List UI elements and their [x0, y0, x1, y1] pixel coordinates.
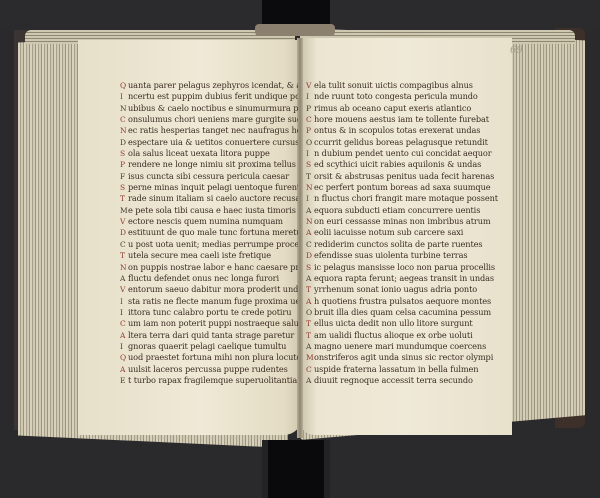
line-text: sta ratis ne flecte manum fuge proxima u…: [128, 296, 298, 307]
line-text: onstriferos agit unda sinus sic rector o…: [314, 352, 502, 363]
text-line: Ignoras quaerit pelagi caelique tumultu: [120, 341, 298, 352]
initial-letter: P: [306, 125, 314, 136]
text-line: Monstriferos agit unda sinus sic rector …: [306, 352, 502, 363]
text-line: Cuspide fraterna lassatum in bella fulme…: [306, 364, 502, 375]
initial-letter: E: [120, 375, 128, 386]
line-text: diuuit regnoque accessit terra secundo: [314, 375, 502, 386]
text-line: Cu post uota uenit; medias perrumpe proc…: [120, 239, 298, 250]
initial-letter: I: [306, 148, 314, 159]
text-line: Ventorum saeuo dabitur mora proderit und…: [120, 284, 298, 295]
initial-letter: T: [306, 171, 314, 182]
text-line: Sola salus liceat uexata litora puppe: [120, 148, 298, 159]
text-line: Despectare uia & uetitos conuertere curs…: [120, 137, 298, 148]
text-line: Sic pelagus mansisse loco non parua proc…: [306, 262, 502, 273]
line-text: efendisse suas uiolenta turbine terras: [314, 250, 502, 261]
line-text: on euri cessasse minas non imbribus atru…: [314, 216, 502, 227]
text-line: Vela tulit sonuit uictis compagibus alnu…: [306, 80, 502, 91]
text-line: Obruit illa dies quam celsa cacumina pes…: [306, 307, 502, 318]
text-line: Me pete sola tibi causa e haec iusta tim…: [120, 205, 298, 216]
line-text: eolii iacuisse notum sub carcere saxi: [314, 227, 502, 238]
text-line: Amagno uenere mari mundumque coercens: [306, 341, 502, 352]
line-text: on puppis nostrae labor e hanc caesare p…: [128, 262, 298, 273]
initial-letter: D: [120, 137, 128, 148]
initial-letter: A: [306, 375, 314, 386]
line-text: gnoras quaerit pelagi caelique tumultu: [128, 341, 298, 352]
folio-number: 69: [510, 45, 523, 56]
text-line: Destituunt de quo male tunc fortuna mere…: [120, 227, 298, 238]
line-text: ellus uicta dedit non ullo litore surgun…: [314, 318, 502, 329]
line-text: n fluctus chori frangit mare motaque pos…: [314, 193, 502, 204]
text-line: In dubium pendet uento cui concidat aequ…: [306, 148, 502, 159]
line-text: nde ruunt toto congesta pericula mundo: [314, 91, 502, 102]
text-line: Primus ab oceano caput exeris atlantico: [306, 103, 502, 114]
initial-letter: C: [120, 114, 128, 125]
line-text: ectore nescis quem numina numquam: [128, 216, 298, 227]
initial-letter: T: [306, 284, 314, 295]
line-text: uulsit laceros percussa puppe rudentes: [128, 364, 298, 375]
text-line: Auulsit laceros percussa puppe rudentes: [120, 364, 298, 375]
line-text: ela tulit sonuit uictis compagibus alnus: [314, 80, 502, 91]
initial-letter: N: [306, 216, 314, 227]
initial-letter: S: [306, 262, 314, 273]
line-text: n dubium pendet uento cui concidat aequo…: [314, 148, 502, 159]
initial-letter: C: [306, 239, 314, 250]
initial-letter: C: [120, 239, 128, 250]
initial-letter: V: [120, 284, 128, 295]
initial-letter: S: [306, 159, 314, 170]
line-text: um iam non poterit puppi nostraeque salu…: [128, 318, 298, 329]
line-text: ittora tunc calabro portu te crede potir…: [128, 307, 298, 318]
text-line: Pontus & in scopulos totas erexerat unda…: [306, 125, 502, 136]
line-text: ubibus & caelo noctibus e sinumurmura po…: [128, 103, 298, 114]
text-line: Iittora tunc calabro portu te crede poti…: [120, 307, 298, 318]
text-line: Nubibus & caelo noctibus e sinumurmura p…: [120, 103, 298, 114]
initial-letter: N: [120, 262, 128, 273]
initial-letter: I: [120, 296, 128, 307]
line-text: onsulumus chori ueniens mare gurgite suo: [128, 114, 298, 125]
left-page-text: Quanta parer pelagus zephyros icendat, &…: [120, 80, 298, 386]
initial-letter: A: [120, 273, 128, 284]
text-line: Sed scythici uicit rabies aquilonis & un…: [306, 159, 502, 170]
line-text: fluctu defendet onus nec longa furori: [128, 273, 298, 284]
initial-letter: N: [306, 182, 314, 193]
cover-edge: [262, 440, 268, 498]
text-line: Fisus cuncta sibi cessura pericula caesa…: [120, 171, 298, 182]
initial-letter: O: [306, 307, 314, 318]
text-line: Vectore nescis quem numina numquam: [120, 216, 298, 227]
initial-letter: F: [120, 171, 128, 182]
line-text: e pete sola tibi causa e haec iusta timo…: [128, 205, 298, 216]
text-line: Et turbo rapax fragilemque superuolitant…: [120, 375, 298, 386]
text-line: Incertu est puppim dubius ferit undique …: [120, 91, 298, 102]
text-line: Aequora subducti etiam concurrere uentis: [306, 205, 502, 216]
line-text: utela secure mea caeli iste fretique: [128, 250, 298, 261]
text-line: Tellus uicta dedit non ullo litore surgu…: [306, 318, 502, 329]
text-line: Sperne minas inquit pelagi uentoque fure…: [120, 182, 298, 193]
text-line: Aeolii iacuisse notum sub carcere saxi: [306, 227, 502, 238]
line-text: ncertu est puppim dubius ferit undique p…: [128, 91, 298, 102]
line-text: yrrhenum sonat ionio uagus adria ponto: [314, 284, 502, 295]
initial-letter: T: [120, 193, 128, 204]
initial-letter: S: [120, 182, 128, 193]
line-text: ed scythici uicit rabies aquilonis & und…: [314, 159, 502, 170]
initial-letter: A: [120, 364, 128, 375]
text-line: Tyrrhenum sonat ionio uagus adria ponto: [306, 284, 502, 295]
text-line: Adiuuit regnoque accessit terra secundo: [306, 375, 502, 386]
line-text: isus cuncta sibi cessura pericula caesar: [128, 171, 298, 182]
line-text: rade sinum italiam si caelo auctore recu…: [128, 193, 298, 204]
text-line: Torsit & abstrusas penitus uada fecit ha…: [306, 171, 502, 182]
initial-letter: C: [120, 318, 128, 329]
text-line: Defendisse suas uiolenta turbine terras: [306, 250, 502, 261]
initial-letter: A: [306, 273, 314, 284]
text-line: Aequora rapta ferunt; aegeas transit in …: [306, 273, 502, 284]
line-text: entorum saeuo dabitur mora proderit undi…: [128, 284, 298, 295]
line-text: ec perfert pontum boreas ad saxa suumque: [314, 182, 502, 193]
text-line: Quanta parer pelagus zephyros icendat, &…: [120, 80, 298, 91]
right-page-text: Vela tulit sonuit uictis compagibus alnu…: [306, 80, 502, 386]
initial-letter: V: [306, 80, 314, 91]
initial-letter: A: [306, 205, 314, 216]
initial-letter: P: [306, 103, 314, 114]
initial-letter: I: [306, 91, 314, 102]
initial-letter: T: [120, 250, 128, 261]
line-text: h quotiens frustra pulsatos aequore mont…: [314, 296, 502, 307]
text-line: Ah quotiens frustra pulsatos aequore mon…: [306, 296, 502, 307]
line-text: equora subducti etiam concurrere uentis: [314, 205, 502, 216]
initial-letter: P: [120, 159, 128, 170]
line-text: perne minas inquit pelagi uentoque furen…: [128, 182, 298, 193]
line-text: equora rapta ferunt; aegeas transit in u…: [314, 273, 502, 284]
line-text: ec ratis hesperias tanget nec naufragus …: [128, 125, 298, 136]
line-text: ic pelagus mansisse loco non parua proce…: [314, 262, 502, 273]
text-line: Prendere ne longe nimiu sit proxima tell…: [120, 159, 298, 170]
text-line: Cum iam non poterit puppi nostraeque sal…: [120, 318, 298, 329]
initial-letter: M: [306, 352, 314, 363]
text-line: Tutela secure mea caeli iste fretique: [120, 250, 298, 261]
initial-letter: I: [120, 341, 128, 352]
initial-letter: A: [306, 341, 314, 352]
initial-letter: V: [120, 216, 128, 227]
text-line: In fluctus chori frangit mare motaque po…: [306, 193, 502, 204]
line-text: espectare uia & uetitos conuertere cursu…: [128, 137, 298, 148]
text-line: Crediderim cunctos solita de parte ruent…: [306, 239, 502, 250]
line-text: orsit & abstrusas penitus uada fecit har…: [314, 171, 502, 182]
initial-letter: N: [120, 103, 128, 114]
initial-letter: I: [120, 307, 128, 318]
initial-letter: S: [120, 148, 128, 159]
text-line: Trade sinum italiam si caelo auctore rec…: [120, 193, 298, 204]
headband: [255, 24, 335, 36]
text-line: Altera terra dari quid tanta strage pare…: [120, 330, 298, 341]
initial-letter: Q: [120, 80, 128, 91]
line-text: am ualidi fluctus alioque ex orbe uoluti: [314, 330, 502, 341]
initial-letter: A: [306, 296, 314, 307]
initial-letter: M: [120, 205, 128, 216]
text-line: Tam ualidi fluctus alioque ex orbe uolut…: [306, 330, 502, 341]
initial-letter: I: [120, 91, 128, 102]
text-line: Quod praestet fortuna mihi non plura loc…: [120, 352, 298, 363]
line-text: uanta parer pelagus zephyros icendat, & …: [128, 80, 298, 91]
initial-letter: Q: [120, 352, 128, 363]
initial-letter: C: [306, 114, 314, 125]
line-text: rimus ab oceano caput exeris atlantico: [314, 103, 502, 114]
line-text: t turbo rapax fragilemque superuolitanti…: [128, 375, 298, 386]
text-line: Afluctu defendet onus nec longa furori: [120, 273, 298, 284]
initial-letter: C: [306, 364, 314, 375]
line-text: magno uenere mari mundumque coercens: [314, 341, 502, 352]
text-line: Non puppis nostrae labor e hanc caesare …: [120, 262, 298, 273]
text-line: Ista ratis ne flecte manum fuge proxima …: [120, 296, 298, 307]
initial-letter: T: [306, 330, 314, 341]
line-text: ltera terra dari quid tanta strage paret…: [128, 330, 298, 341]
line-text: rendere ne longe nimiu sit proxima tellu…: [128, 159, 298, 170]
initial-letter: N: [120, 125, 128, 136]
initial-letter: O: [306, 137, 314, 148]
initial-letter: D: [306, 250, 314, 261]
text-line: Inde ruunt toto congesta pericula mundo: [306, 91, 502, 102]
text-line: Nec perfert pontum boreas ad saxa suumqu…: [306, 182, 502, 193]
text-line: Consulumus chori ueniens mare gurgite su…: [120, 114, 298, 125]
initial-letter: A: [120, 330, 128, 341]
line-text: bruit illa dies quam celsa cacumina pess…: [314, 307, 502, 318]
line-text: estituunt de quo male tunc fortuna meret…: [128, 227, 298, 238]
text-line: Chore mouens aestus iam te tollente fure…: [306, 114, 502, 125]
cover-edge: [324, 440, 330, 498]
line-text: uod praestet fortuna mihi non plura locu…: [128, 352, 298, 363]
line-text: ontus & in scopulos totas erexerat undas: [314, 125, 502, 136]
line-text: uspide fraterna lassatum in bella fulmen: [314, 364, 502, 375]
line-text: u post uota uenit; medias perrumpe proce…: [128, 239, 298, 250]
initial-letter: D: [120, 227, 128, 238]
line-text: rediderim cunctos solita de parte ruente…: [314, 239, 502, 250]
line-text: ccurrit gelidus boreas pelagusque retund…: [314, 137, 502, 148]
text-line: Occurrit gelidus boreas pelagusque retun…: [306, 137, 502, 148]
initial-letter: A: [306, 227, 314, 238]
text-line: Nec ratis hesperias tanget nec naufragus…: [120, 125, 298, 136]
line-text: hore mouens aestus iam te tollente fureb…: [314, 114, 502, 125]
spine-shadow-bottom: [262, 440, 330, 498]
initial-letter: T: [306, 318, 314, 329]
text-line: Non euri cessasse minas non imbribus atr…: [306, 216, 502, 227]
initial-letter: I: [306, 193, 314, 204]
line-text: ola salus liceat uexata litora puppe: [128, 148, 298, 159]
